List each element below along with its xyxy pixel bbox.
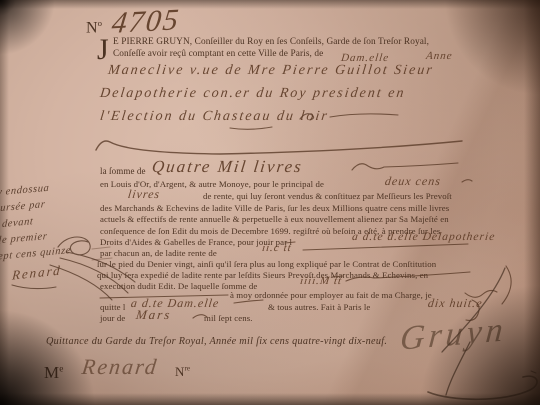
document-photo: No 4705 J E PIERRE GRUYN, Conſeiller du … [0, 0, 540, 405]
printed-rente-1: de rente, qui luy ſeront vendus & conſti… [203, 192, 452, 201]
printed-denier-1: ſur le pied du Denier vingt, ainſi qu'il… [97, 260, 436, 269]
hw-rente-montant: ii.c tt [261, 243, 292, 254]
hw-payee-line-1: Maneclive v.ue de Mre Pierre Guillot Sie… [107, 64, 434, 78]
document-number: 4705 [110, 5, 182, 39]
notary-n-label: Nre [175, 365, 190, 378]
printed-quitte: quitte l [100, 303, 125, 312]
number-label-sup: o [98, 18, 102, 28]
hw-notary-name: Renard [81, 356, 160, 378]
hw-jour: dix huit.e [427, 297, 483, 309]
printed-line-2: Conſeſſe avoir reçû comptant en cette Vi… [113, 50, 323, 59]
flourish-after-somme [352, 163, 458, 170]
notary-m-sup: e [59, 364, 63, 374]
notary-n-sup: re [185, 365, 191, 373]
hw-insert-name: Anne [425, 51, 453, 62]
printed-a-moy: à moy ordonnée pour employer au fait de … [230, 291, 432, 300]
garde-signature: Gruyn [399, 313, 508, 357]
printed-rente-2: des Marchands & Echevins de ladite Ville… [100, 204, 449, 213]
margin-note: ules ey endossua remboursée par pards de… [0, 175, 125, 268]
printed-tous-autres: & tous autres. Fait à Paris le [268, 303, 370, 312]
hw-jouir-par: a d.te d.elle Delapotherie [351, 232, 496, 244]
dropcap: J [97, 35, 109, 65]
printed-mil-sept-cens: mil ſept cens. [204, 314, 253, 323]
margin-note-signature: Renard [12, 263, 62, 281]
hw-somme: Quatre Mil livres [151, 158, 304, 175]
hw-somme-montant: iiii.M tt [299, 276, 342, 287]
printed-rente-3: actuels & effectifs de rente annuelle & … [100, 215, 449, 224]
flourish-underline-duloir [230, 127, 272, 129]
hw-principal-2: livres [127, 188, 161, 200]
hw-principal-1: deux cens [384, 175, 441, 187]
hw-payee-line-2: Delapotherie con.er du Roy president en [99, 87, 406, 101]
flourish-grand-trait [96, 141, 462, 154]
hw-payee-line-3: l'Election du Chasteau du loir [99, 110, 329, 124]
printed-jour-de: jour de [100, 314, 125, 323]
printed-line-1: E PIERRE GRUYN, Conſeiller du Roy en ſes… [113, 38, 429, 47]
flourish-rente-line [303, 244, 468, 250]
footer-title: Quittance du Garde du Treſor Royal, Anné… [46, 337, 387, 347]
signature-bottom-loop [428, 376, 537, 399]
printed-denier-2: qui luy ſera expedié de ladite rente par… [97, 271, 428, 280]
hw-mois: Mars [135, 308, 172, 321]
notary-m-label: Me [44, 364, 63, 381]
